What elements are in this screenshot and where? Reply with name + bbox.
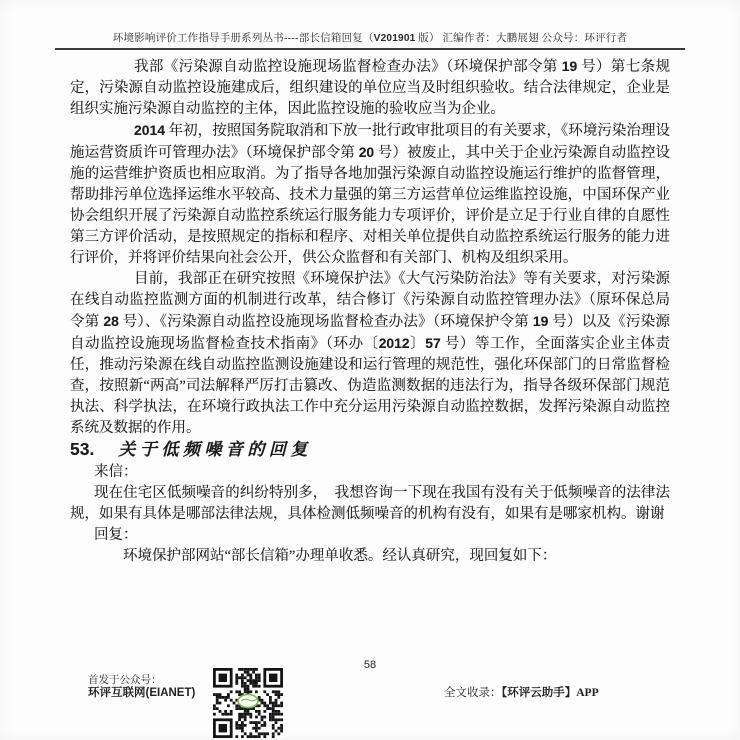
page-header: 环境影响评价工作指导手册系列丛书----部长信箱回复（V201901 版） 汇编… (55, 30, 685, 50)
document-page: 环境影响评价工作指导手册系列丛书----部长信箱回复（V201901 版） 汇编… (0, 0, 740, 740)
section-title: 关于低频噪音的回复 (118, 440, 312, 459)
page-number: 58 (0, 659, 740, 671)
footer-left: 首发于公众号： 环评互联网(EIANET) (88, 674, 195, 700)
reply-text: 环境保护部网站“部长信箱”办理单收悉。经认真研究，现回复如下： (70, 546, 670, 567)
paragraph: 2014 年初，按照国务院取消和下放一批行政审批项目的有关要求，《环境污染治理设… (70, 120, 670, 269)
qr-code-icon (213, 668, 283, 738)
letter-text: 现在住宅区低频噪音的纠纷特别多， 我想咨询一下现在我国有没有关于低频噪音的法律法… (70, 483, 670, 525)
section-number: 53. (70, 439, 94, 459)
footer-right-app: 【环评云助手】APP (502, 687, 599, 699)
footer-right: 全文收录：【环评云助手】APP (444, 684, 599, 700)
footer-left-line1: 首发于公众号： (88, 674, 195, 687)
paragraph: 我部《污染源自动监控设施现场监督检查办法》（环境保护部令第 19 号）第七条规定… (70, 56, 670, 120)
main-text-column: 我部《污染源自动监控设施现场监督检查办法》（环境保护部令第 19 号）第七条规定… (70, 56, 670, 567)
letter-label: 来信： (70, 462, 670, 483)
footer-right-prefix: 全文收录： (444, 687, 502, 699)
paragraph: 目前，我部正在研究按照《环境保护法》《大气污染防治法》等有关要求，对污染源在线自… (70, 269, 670, 439)
section-heading: 53.关于低频噪音的回复 (70, 439, 670, 462)
reply-label: 回复： (70, 525, 670, 546)
footer-left-line2: 环评互联网(EIANET) (88, 687, 195, 700)
